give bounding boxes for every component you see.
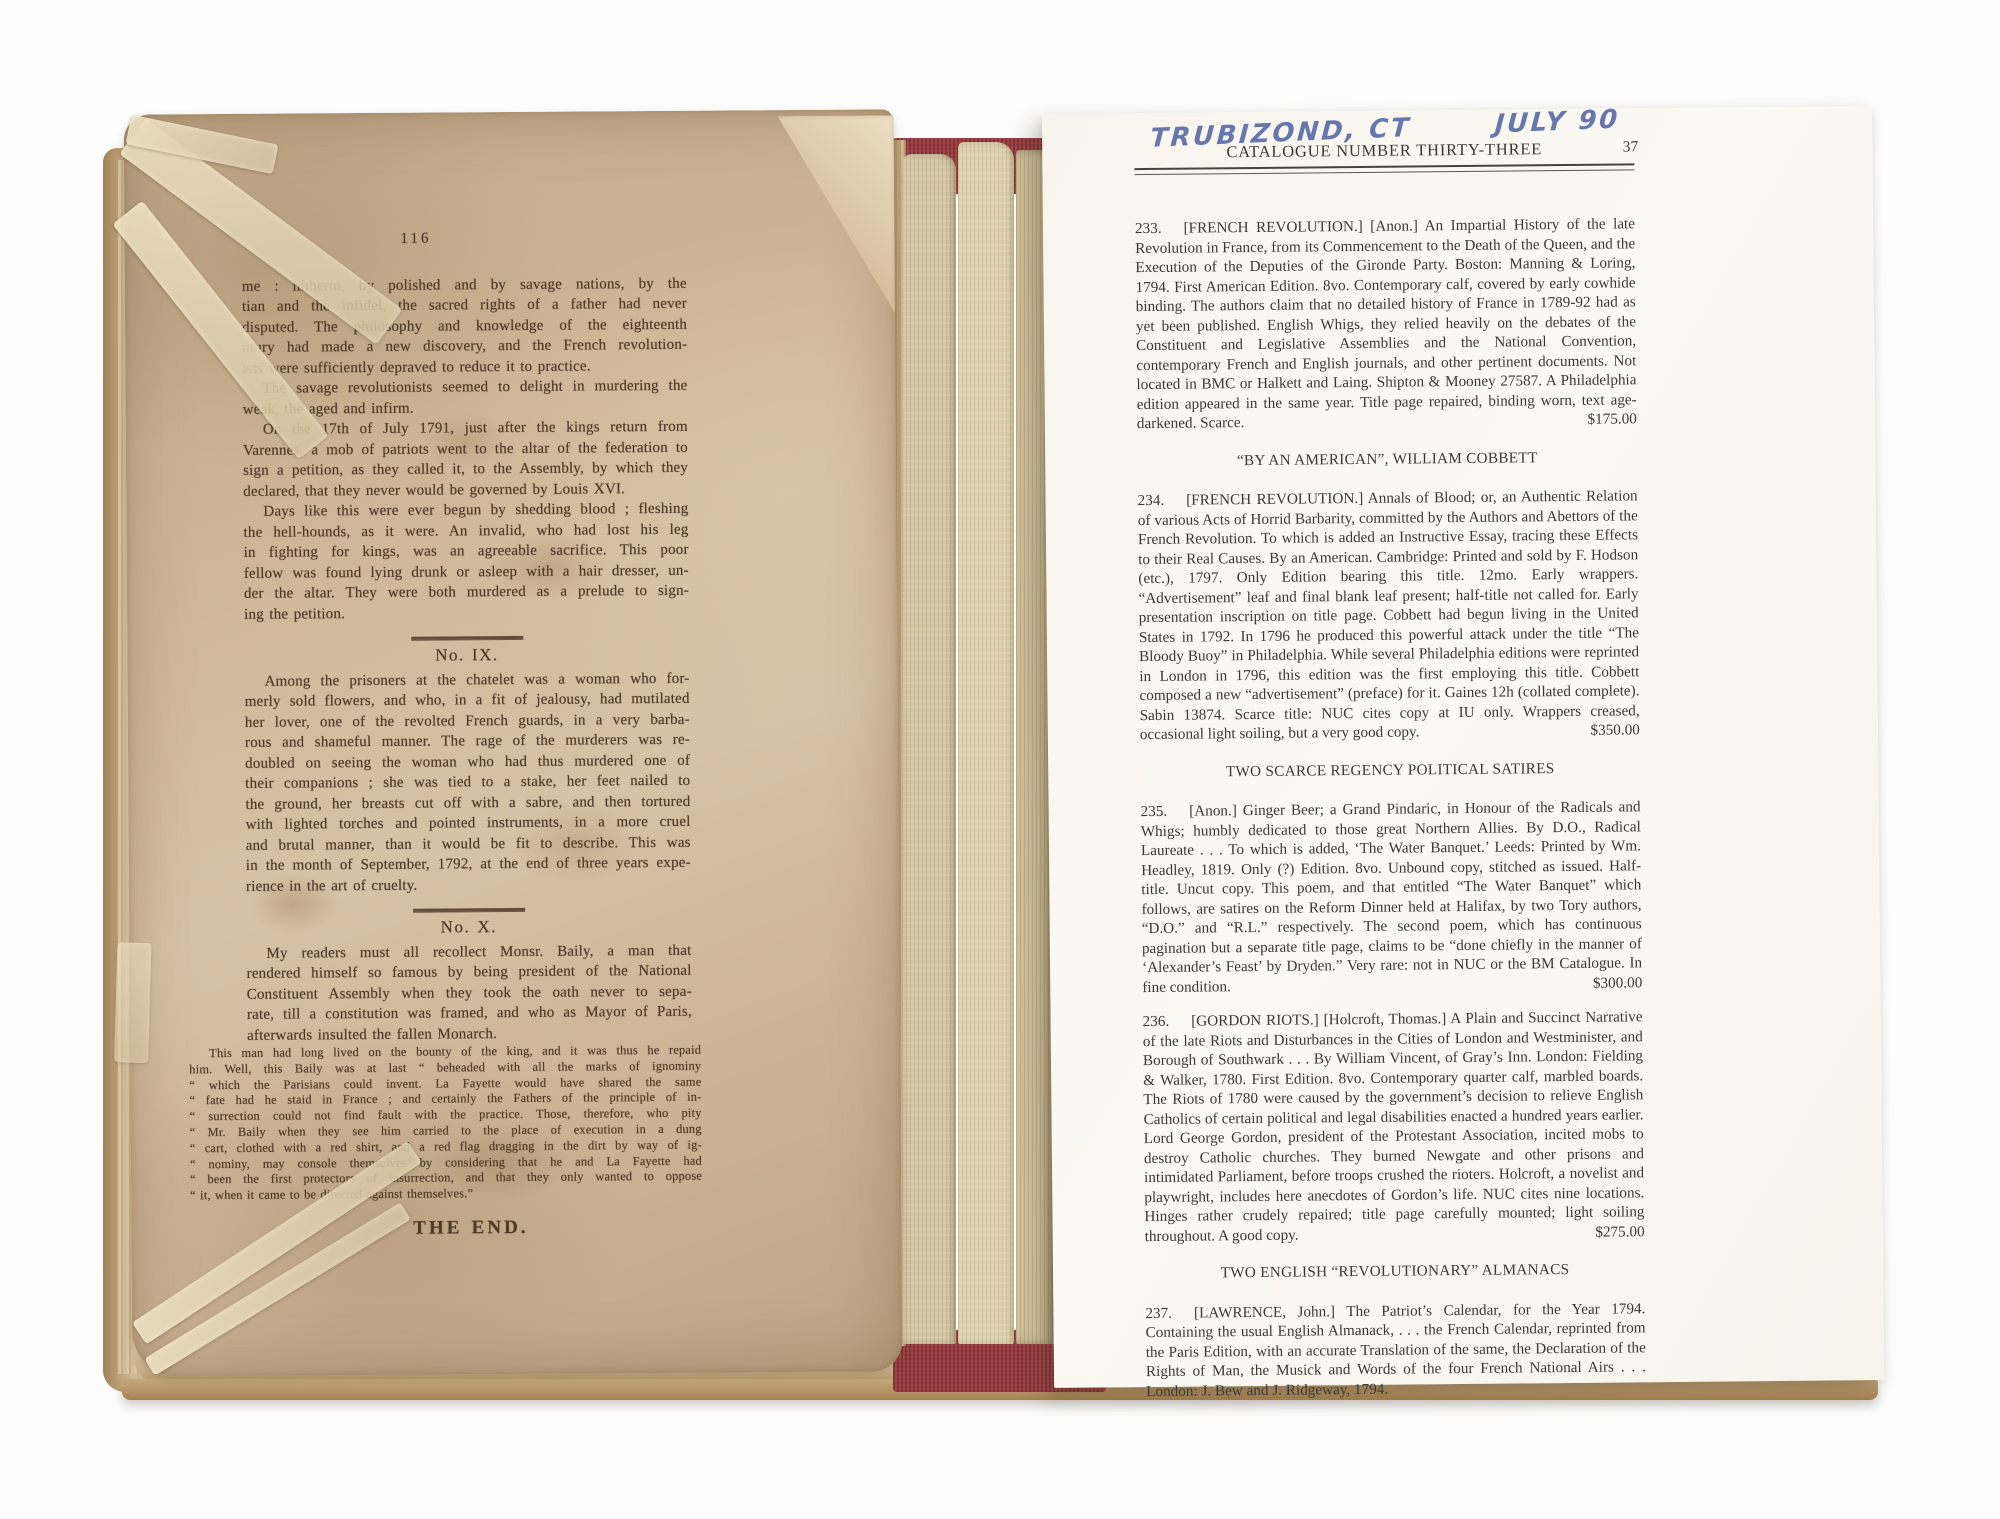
catalogue-entry-236: 236.[GORDON RIOTS.] [Holcroft, Thomas.] … xyxy=(1143,1007,1645,1246)
book-text-line: rate, till a constitution was framed, an… xyxy=(247,1002,692,1026)
book-text-line: rous and shameful manner. The rage of th… xyxy=(245,730,690,754)
catalogue-page-number: 37 xyxy=(1623,138,1639,156)
catalogue-title: CATALOGUE NUMBER THIRTY-THREE xyxy=(1226,139,1542,161)
entry-number: 235. xyxy=(1141,803,1190,820)
catalogue-entry-234: 234.[FRENCH REVOLUTION.] Annals of Blood… xyxy=(1138,486,1640,744)
book-text-line: tian and the infidel, the sacred rights … xyxy=(242,294,687,318)
book-text-line: der the altar. They were both murdered a… xyxy=(244,581,689,605)
entry-number: 236. xyxy=(1143,1013,1192,1030)
book-text-line: sign a petition, as they called it, to t… xyxy=(243,458,688,482)
entry-text: 235.[Anon.] Ginger Beer; a Grand Pindari… xyxy=(1141,797,1643,997)
catalogue-column: CATALOGUE NUMBER THIRTY-THREE 37 233.[FR… xyxy=(1134,138,1646,1416)
entry-text: 234.[FRENCH REVOLUTION.] Annals of Blood… xyxy=(1138,486,1640,744)
photo-stage: 116 me : hitherto, by polished and by sa… xyxy=(0,0,2000,1519)
catalogue-section-heading: “BY AN AMERICAN”, WILLIAM COBBETT xyxy=(1137,447,1637,471)
section-heading: No. IX. xyxy=(244,644,689,668)
entry-number: 233. xyxy=(1135,220,1184,237)
book-text-line: rience in the art of cruelty. xyxy=(246,873,691,897)
entry-number: 237. xyxy=(1145,1304,1194,1321)
tape-repair xyxy=(114,942,151,1063)
book-text-line: “ it, when it came to be directed agains… xyxy=(190,1185,702,1204)
book-text-line: rendered himself so famous by being pres… xyxy=(247,961,692,985)
book-text-line: ing the petition. xyxy=(244,601,689,625)
book-fine-print: This man had long lived on the bounty of… xyxy=(189,1043,702,1205)
spine-cloth-strip xyxy=(958,142,1014,1344)
book-page-text: 116 me : hitherto, by polished and by sa… xyxy=(241,227,693,1241)
book-paragraph: My readers must all recollect Monsr. Bai… xyxy=(246,940,692,1046)
catalogue-entry-233: 233.[FRENCH REVOLUTION.] [Anon.] An Impa… xyxy=(1135,214,1637,433)
book-text-line: merly sold flowers, and who, in a fit of… xyxy=(245,689,690,713)
section-divider-rule xyxy=(413,908,525,913)
book-paragraph: Among the prisoners at the chatelet was … xyxy=(244,668,691,897)
section-divider-rule xyxy=(411,636,523,641)
catalogue-section-heading: TWO SCARCE REGENCY POLITICAL SATIRES xyxy=(1140,758,1640,782)
book-text-line: The savage revolutionists seemed to deli… xyxy=(242,376,687,400)
catalogue-header: CATALOGUE NUMBER THIRTY-THREE 37 xyxy=(1134,138,1634,163)
book-left-page: 116 me : hitherto, by polished and by sa… xyxy=(124,109,903,1376)
catalogue-entries: 233.[FRENCH REVOLUTION.] [Anon.] An Impa… xyxy=(1135,214,1646,1401)
curled-page-corner xyxy=(762,115,895,331)
book-text-line: in the month of September, 1792, at the … xyxy=(246,853,691,877)
header-double-rule xyxy=(1134,163,1634,175)
book-text-line: Days like this were ever begun by sheddi… xyxy=(243,499,688,523)
spine-cloth-strip xyxy=(902,154,956,1344)
entry-number: 234. xyxy=(1138,492,1187,509)
entry-text: 233.[FRENCH REVOLUTION.] [Anon.] An Impa… xyxy=(1135,214,1637,433)
entry-text: 236.[GORDON RIOTS.] [Holcroft, Thomas.] … xyxy=(1143,1007,1645,1246)
catalogue-entry-237: 237.[LAWRENCE, John.] The Patriot’s Cale… xyxy=(1145,1299,1646,1401)
annotation-date: JULY 90 xyxy=(1494,104,1621,139)
section-heading: No. X. xyxy=(246,916,691,940)
book-text-line: their companions ; she was tied to a sta… xyxy=(245,771,690,795)
book-paragraph: Days like this were ever begun by sheddi… xyxy=(243,499,689,625)
book-text-line: in fighting for kings, was an agreeable … xyxy=(244,540,689,564)
catalogue-section-heading: TWO ENGLISH “REVOLUTIONARY” ALMANACS xyxy=(1145,1259,1645,1283)
book-text-line: ntury had made a new discovery, and the … xyxy=(242,335,687,359)
entry-text: 237.[LAWRENCE, John.] The Patriot’s Cale… xyxy=(1145,1299,1646,1401)
book-text-line: with lighted torches and pointed instrum… xyxy=(245,812,690,836)
catalogue-entry-235: 235.[Anon.] Ginger Beer; a Grand Pindari… xyxy=(1141,797,1643,997)
catalogue-page: TRUBIZOND, CT JULY 90 CATALOGUE NUMBER T… xyxy=(1042,106,1884,1388)
